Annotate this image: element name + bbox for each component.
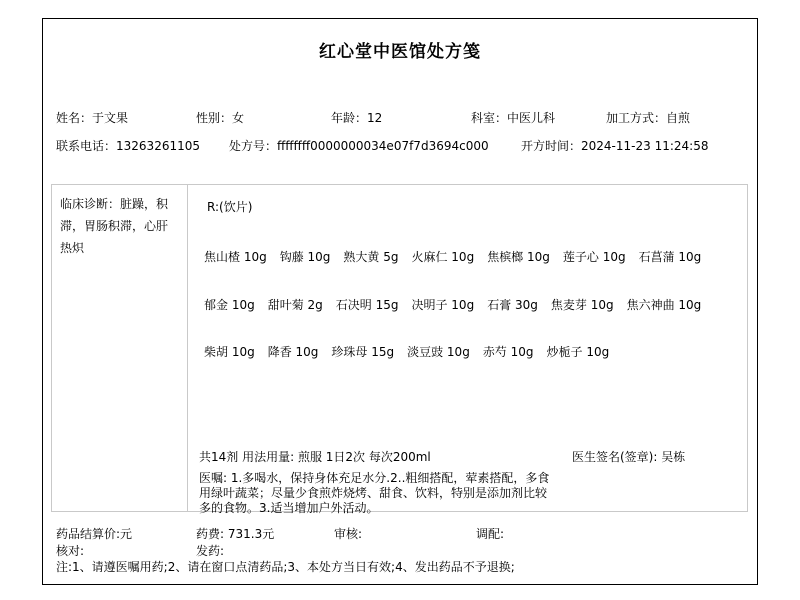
clinical-diagnosis-cell: 临床诊断：脏躁，积滞，胃肠积滞，心肝热炽 (52, 185, 188, 511)
processing-method-field: 加工方式：自煎 (606, 109, 690, 126)
settlement-price-field: 药品结算价:元 (56, 525, 132, 542)
compound-field: 调配: (476, 525, 504, 542)
medication-item: 焦六神曲 10g (627, 298, 702, 312)
processing-method-label: 加工方式： (606, 111, 666, 125)
medication-item: 石菖蒲 10g (639, 250, 702, 264)
prescription-number-field: 处方号：ffffffff0000000034e07f7d3694c000 (229, 137, 489, 154)
medication-item: 决明子 10g (411, 298, 474, 312)
medication-item: 火麻仁 10g (411, 250, 474, 264)
issue-time-value: 2024-11-23 11:24:58 (581, 139, 708, 153)
issue-time-label: 开方时间： (521, 139, 581, 153)
patient-name-value: 于文果 (92, 111, 128, 125)
patient-gender-label: 性别： (196, 111, 232, 125)
clinical-diagnosis-label: 临床诊断： (60, 197, 120, 211)
rx-header: R:(饮片) (207, 198, 252, 215)
medication-row: 郁金 10g甜叶菊 2g石决明 15g决明子 10g石膏 30g焦麦芽 10g焦… (204, 296, 714, 313)
medication-item: 甜叶菊 2g (268, 298, 323, 312)
medication-item: 降香 10g (268, 345, 319, 359)
medication-item: 赤芍 10g (483, 345, 534, 359)
department-label: 科室： (471, 111, 507, 125)
medicine-fee-field: 药费: 731.3元 (196, 525, 274, 542)
medication-item: 熟大黄 5g (343, 250, 398, 264)
medical-advice-line: 多的食物。3.适当增加户外活动。 (199, 501, 378, 516)
medication-row: 柴胡 10g降香 10g珍珠母 15g淡豆豉 10g赤芍 10g炒栀子 10g (204, 343, 622, 360)
form-title: 红心堂中医馆处方笺 (43, 37, 757, 62)
contact-phone-label: 联系电话： (56, 139, 116, 153)
contact-phone-field: 联系电话：13263261105 (56, 137, 200, 154)
dosage-usage-summary: 共14剂 用法用量: 煎服 1日2次 每次200ml (199, 448, 431, 465)
doctor-signature: 医生签名(签章): 吴栋 (572, 448, 685, 465)
medication-item: 炒栀子 10g (547, 345, 610, 359)
form-border-box: 红心堂中医馆处方笺 姓名：于文果 性别：女 年龄：12 科室：中医儿科 加工方式… (42, 18, 758, 585)
medical-advice-line: 医嘱: 1.多喝水，保持身体充足水分.2..粗细搭配，荤素搭配，多食 (199, 471, 549, 486)
medication-item: 焦山楂 10g (204, 250, 267, 264)
department-value: 中医儿科 (507, 111, 555, 125)
medication-item: 石决明 15g (336, 298, 399, 312)
prescription-detail-cell: R:(饮片) 焦山楂 10g钩藤 10g熟大黄 5g火麻仁 10g焦槟榔 10g… (188, 185, 747, 511)
patient-gender-field: 性别：女 (196, 109, 244, 126)
medication-item: 钩藤 10g (280, 250, 331, 264)
dispense-field: 发药: (196, 542, 224, 559)
medical-advice-line: 用绿叶蔬菜；尽量少食煎炸烧烤、甜食、饮料，特别是添加剂比较 (199, 486, 547, 501)
medication-item: 焦麦芽 10g (551, 298, 614, 312)
prescription-body-table: 临床诊断：脏躁，积滞，胃肠积滞，心肝热炽 R:(饮片) 焦山楂 10g钩藤 10… (51, 184, 748, 512)
patient-name-label: 姓名： (56, 111, 92, 125)
medication-item: 莲子心 10g (563, 250, 626, 264)
medication-item: 珍珠母 15g (331, 345, 394, 359)
footer-notes: 注:1、请遵医嘱用药;2、请在窗口点清药品;3、本处方当日有效;4、发出药品不予… (56, 558, 515, 575)
medication-item: 郁金 10g (204, 298, 255, 312)
medication-row: 焦山楂 10g钩藤 10g熟大黄 5g火麻仁 10g焦槟榔 10g莲子心 10g… (204, 248, 714, 265)
medication-item: 石膏 30g (487, 298, 538, 312)
medication-item: 焦槟榔 10g (487, 250, 550, 264)
contact-phone-value: 13263261105 (116, 139, 200, 153)
patient-gender-value: 女 (232, 111, 244, 125)
review-field: 审核: (334, 525, 362, 542)
medication-item: 淡豆豉 10g (407, 345, 470, 359)
prescription-number-label: 处方号： (229, 139, 277, 153)
patient-age-label: 年龄： (331, 111, 367, 125)
patient-age-field: 年龄：12 (331, 109, 382, 126)
check-field: 核对: (56, 542, 84, 559)
prescription-sheet: 红心堂中医馆处方笺 姓名：于文果 性别：女 年龄：12 科室：中医儿科 加工方式… (0, 0, 800, 600)
patient-age-value: 12 (367, 111, 382, 125)
patient-name-field: 姓名：于文果 (56, 109, 128, 126)
processing-method-value: 自煎 (666, 111, 690, 125)
issue-time-field: 开方时间：2024-11-23 11:24:58 (521, 137, 708, 154)
prescription-number-value: ffffffff0000000034e07f7d3694c000 (277, 139, 489, 153)
medication-item: 柴胡 10g (204, 345, 255, 359)
department-field: 科室：中医儿科 (471, 109, 555, 126)
